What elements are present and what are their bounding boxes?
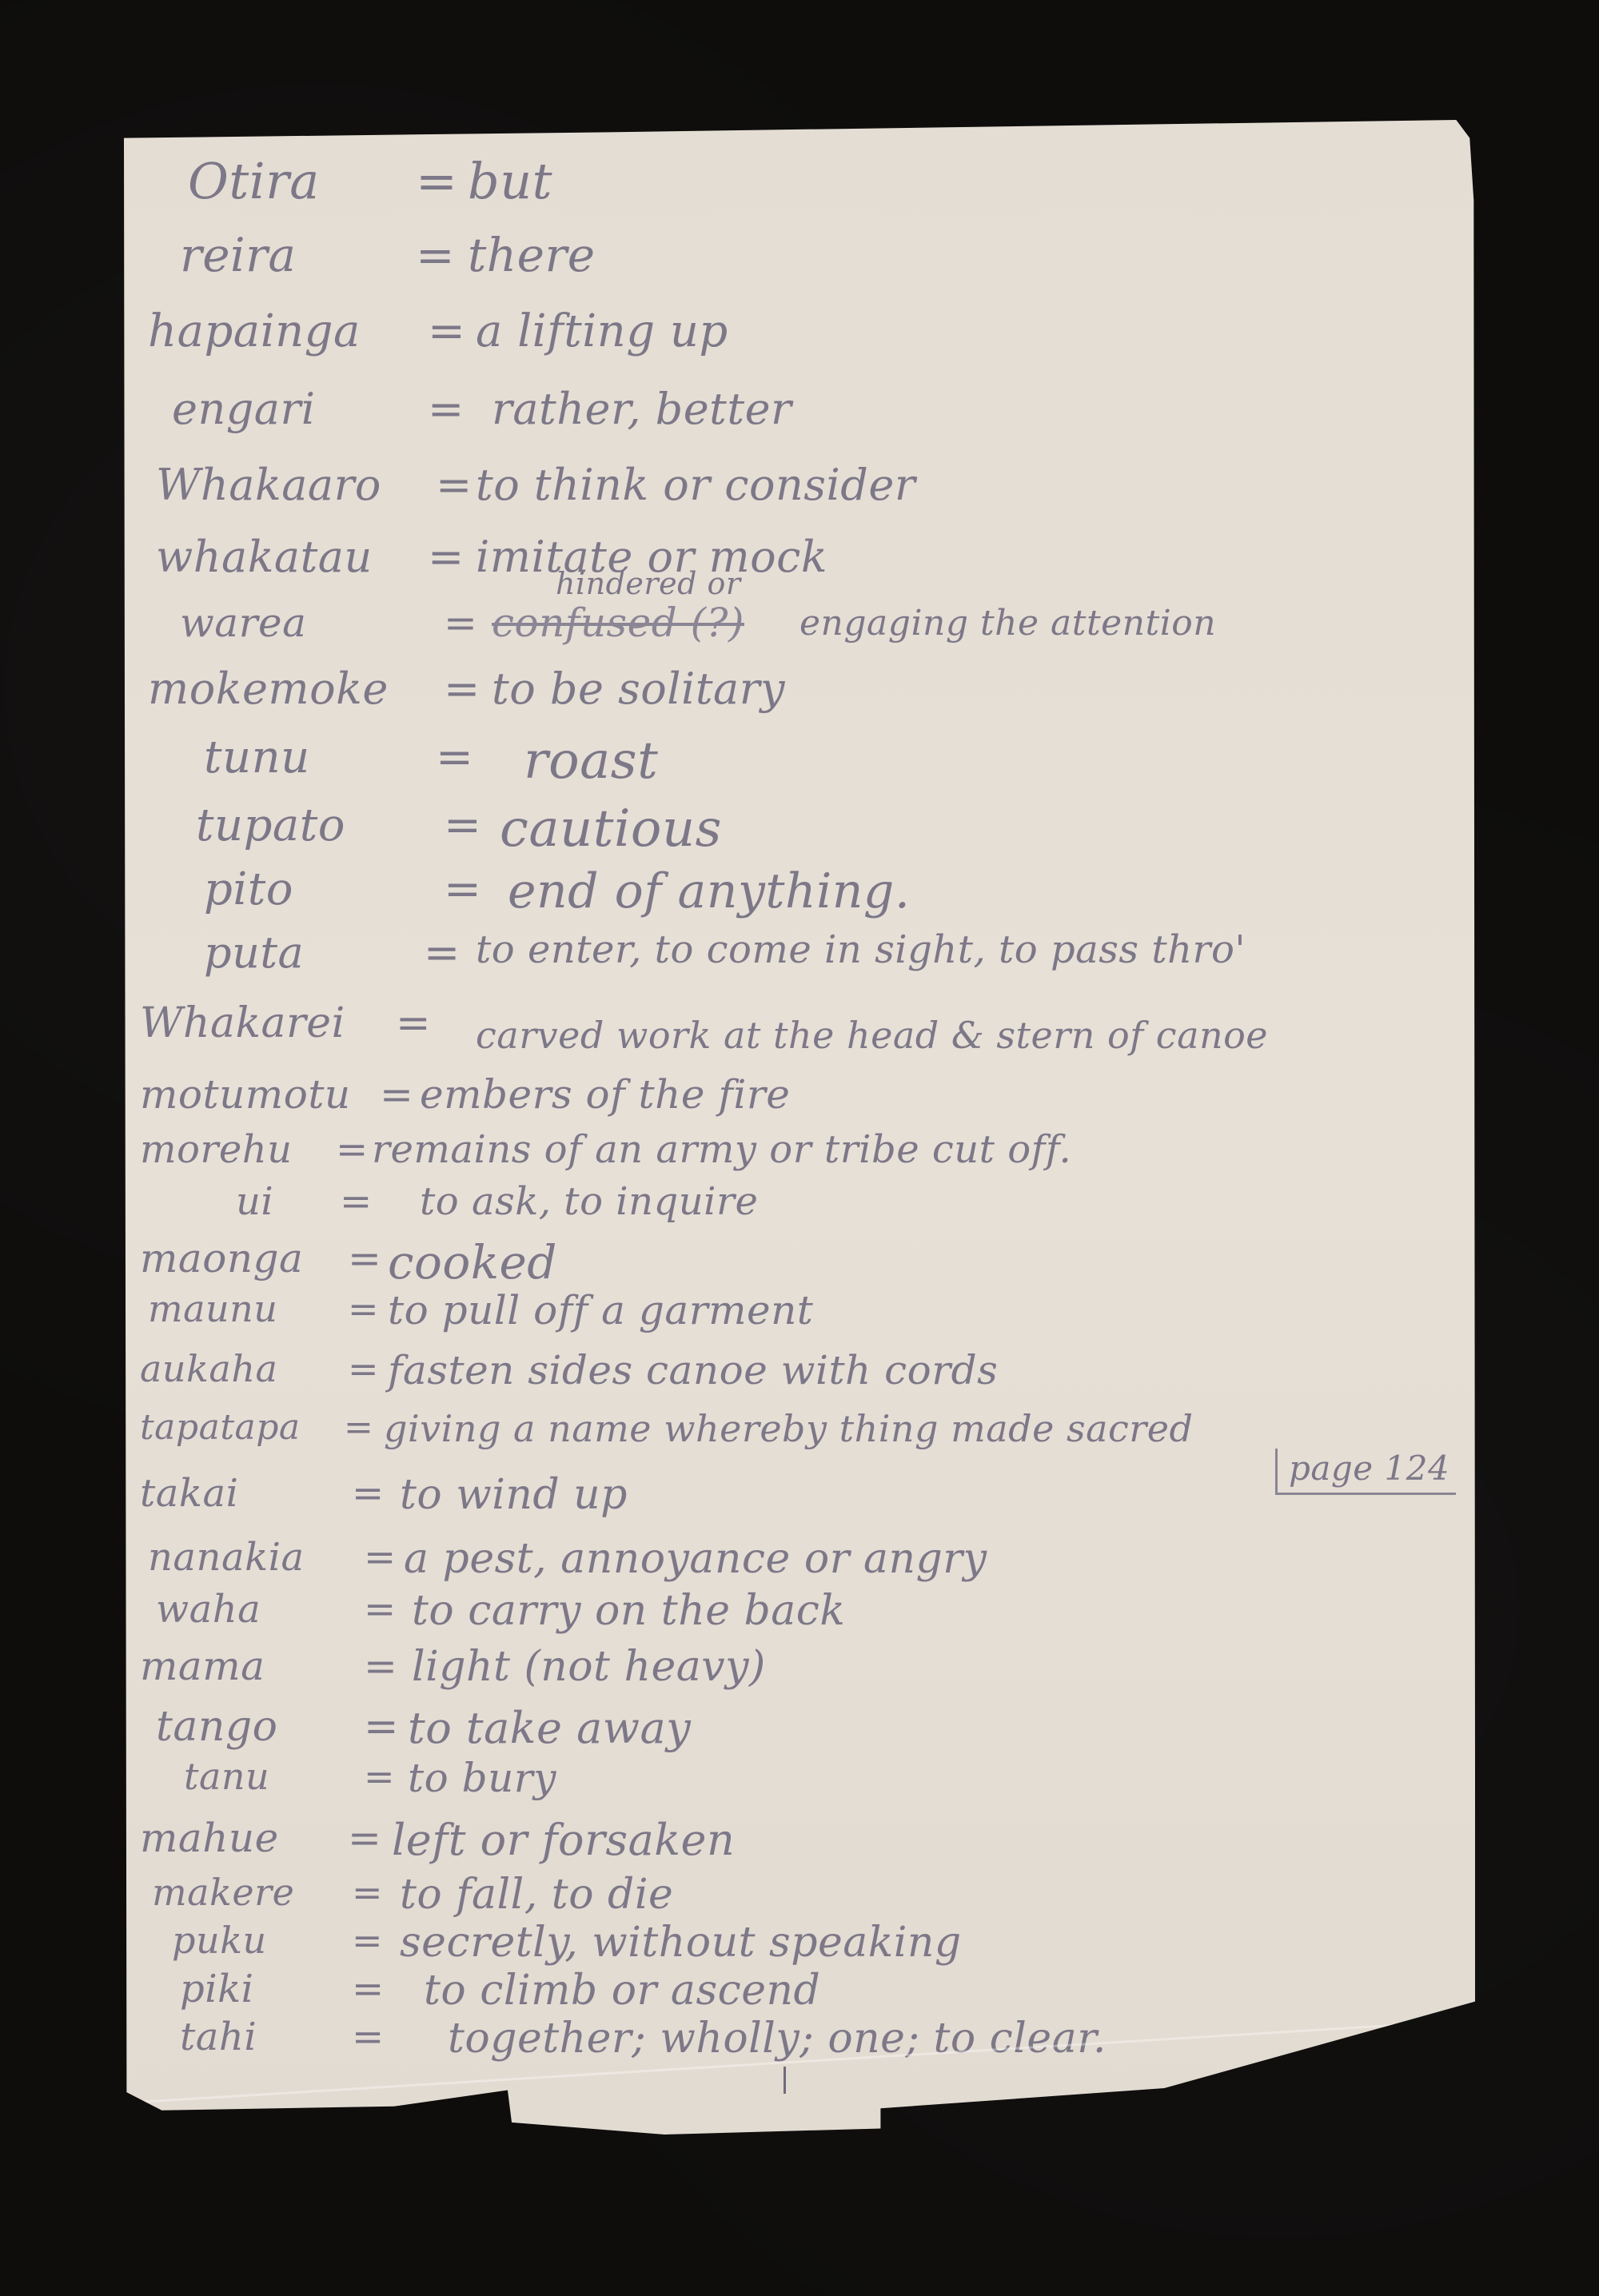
maori-word: makere (152, 1871, 294, 1914)
maori-word: tango (156, 1703, 277, 1751)
english-definition: cautious (500, 799, 722, 859)
english-definition: embers of the fire (420, 1071, 790, 1118)
inserted-correction: hindered or (556, 566, 741, 601)
maori-word: mama (140, 1643, 265, 1689)
equals-sign: = (436, 731, 473, 783)
equals-sign: = (348, 1287, 379, 1330)
maori-word: reira (180, 228, 296, 282)
equals-sign: = (344, 1407, 373, 1448)
maori-word: ui (236, 1179, 273, 1224)
maori-word: tupato (196, 799, 345, 851)
equals-sign: = (416, 152, 457, 210)
english-definition: to be solitary (492, 664, 785, 714)
equals-sign: = (352, 1871, 383, 1914)
equals-sign: = (364, 1643, 397, 1689)
maori-word: Whakarei (140, 999, 345, 1047)
maori-word: maonga (140, 1235, 303, 1282)
equals-sign: = (364, 1755, 395, 1798)
english-definition: carved work at the head & stern of canoe (476, 1014, 1268, 1057)
english-definition: a lifting up (476, 305, 728, 357)
english-definition: a pest, annoyance or angry (404, 1535, 987, 1583)
equals-sign: = (380, 1071, 413, 1118)
maori-word: whakatau (156, 532, 373, 582)
maori-word: aukaha (140, 1347, 277, 1390)
maori-word: motumotu (140, 1071, 351, 1118)
english-definition: there (468, 228, 596, 282)
maori-word: Whakaaro (156, 460, 381, 510)
english-definition: to climb or ascend (424, 1967, 820, 2015)
maori-word: tunu (204, 731, 310, 783)
maori-word: tahi (180, 2015, 257, 2059)
maori-word: takai (140, 1471, 238, 1516)
maori-word: maunu (148, 1287, 277, 1330)
english-definition: remains of an army or tribe cut off. (372, 1127, 1071, 1172)
maori-word: engari (172, 384, 316, 434)
english-definition: end of anything. (508, 863, 910, 919)
maori-word: nanakia (148, 1535, 305, 1580)
equals-sign: = (364, 1703, 399, 1751)
english-definition: fasten sides canoe with cords (388, 1347, 998, 1393)
maori-word: waha (156, 1587, 261, 1632)
maori-word: hapainga (148, 305, 361, 357)
equals-sign: = (348, 1235, 381, 1282)
equals-sign: = (340, 1179, 373, 1224)
equals-sign: = (416, 228, 455, 282)
maori-word: Otira (188, 152, 320, 210)
pencil-mark (784, 2067, 786, 2094)
equals-sign: = (424, 927, 461, 978)
equals-sign: = (428, 532, 465, 582)
equals-sign: = (348, 1347, 379, 1390)
english-definition: roast (524, 731, 658, 791)
equals-sign: = (444, 799, 481, 851)
english-definition: engaging the attention (799, 603, 1216, 644)
english-definition: to ask, to inquire (420, 1179, 758, 1224)
english-definition: giving a name whereby thing made sacred (384, 1407, 1193, 1450)
english-definition: together; wholly; one; to clear. (448, 2015, 1107, 2063)
maori-word: pito (204, 863, 293, 915)
english-definition: to carry on the back (412, 1587, 845, 1635)
equals-sign: = (336, 1127, 369, 1172)
english-definition: to take away (408, 1703, 691, 1753)
english-definition: cooked (388, 1235, 557, 1290)
paper-sheet: Otira = but reira = there hapainga = a l… (124, 120, 1475, 2135)
maori-word: tapatapa (140, 1407, 301, 1448)
equals-sign: = (352, 1919, 383, 1962)
english-definition: but (468, 152, 552, 210)
maori-word: piki (180, 1967, 254, 2011)
maori-word: puku (172, 1919, 267, 1962)
english-definition: to enter, to come in sight, to pass thro… (476, 927, 1246, 972)
maori-word: puta (204, 927, 304, 978)
english-definition: to pull off a garment (388, 1287, 813, 1333)
equals-sign: = (444, 863, 481, 915)
equals-sign: = (352, 2015, 385, 2059)
english-definition: left or forsaken (392, 1815, 735, 1865)
equals-sign: = (352, 1967, 385, 2011)
equals-sign: = (396, 999, 431, 1047)
maori-word: tanu (184, 1755, 269, 1798)
equals-sign: = (436, 460, 473, 510)
equals-sign: = (364, 1535, 397, 1580)
maori-word: warea (180, 600, 306, 646)
maori-word: morehu (140, 1127, 293, 1172)
english-definition: rather, better (492, 384, 792, 434)
english-definition: secretly, without speaking (400, 1919, 962, 1967)
equals-sign: = (444, 600, 477, 646)
equals-sign: = (348, 1815, 381, 1861)
struck-definition: confused (?) (492, 600, 744, 646)
english-definition: to think or consider (476, 460, 915, 510)
maori-word: mahue (140, 1815, 279, 1861)
equals-sign: = (364, 1587, 397, 1632)
equals-sign: = (428, 305, 465, 357)
equals-sign: = (428, 384, 465, 434)
english-definition: to bury (408, 1755, 556, 1801)
english-definition: light (not heavy) (412, 1643, 766, 1691)
english-definition: to wind up (400, 1471, 628, 1519)
maori-word: mokemoke (148, 664, 389, 714)
english-definition: to fall, to die (400, 1871, 673, 1919)
equals-sign: = (444, 664, 480, 714)
equals-sign: = (352, 1471, 385, 1516)
page-reference: page 124 (1275, 1449, 1456, 1495)
